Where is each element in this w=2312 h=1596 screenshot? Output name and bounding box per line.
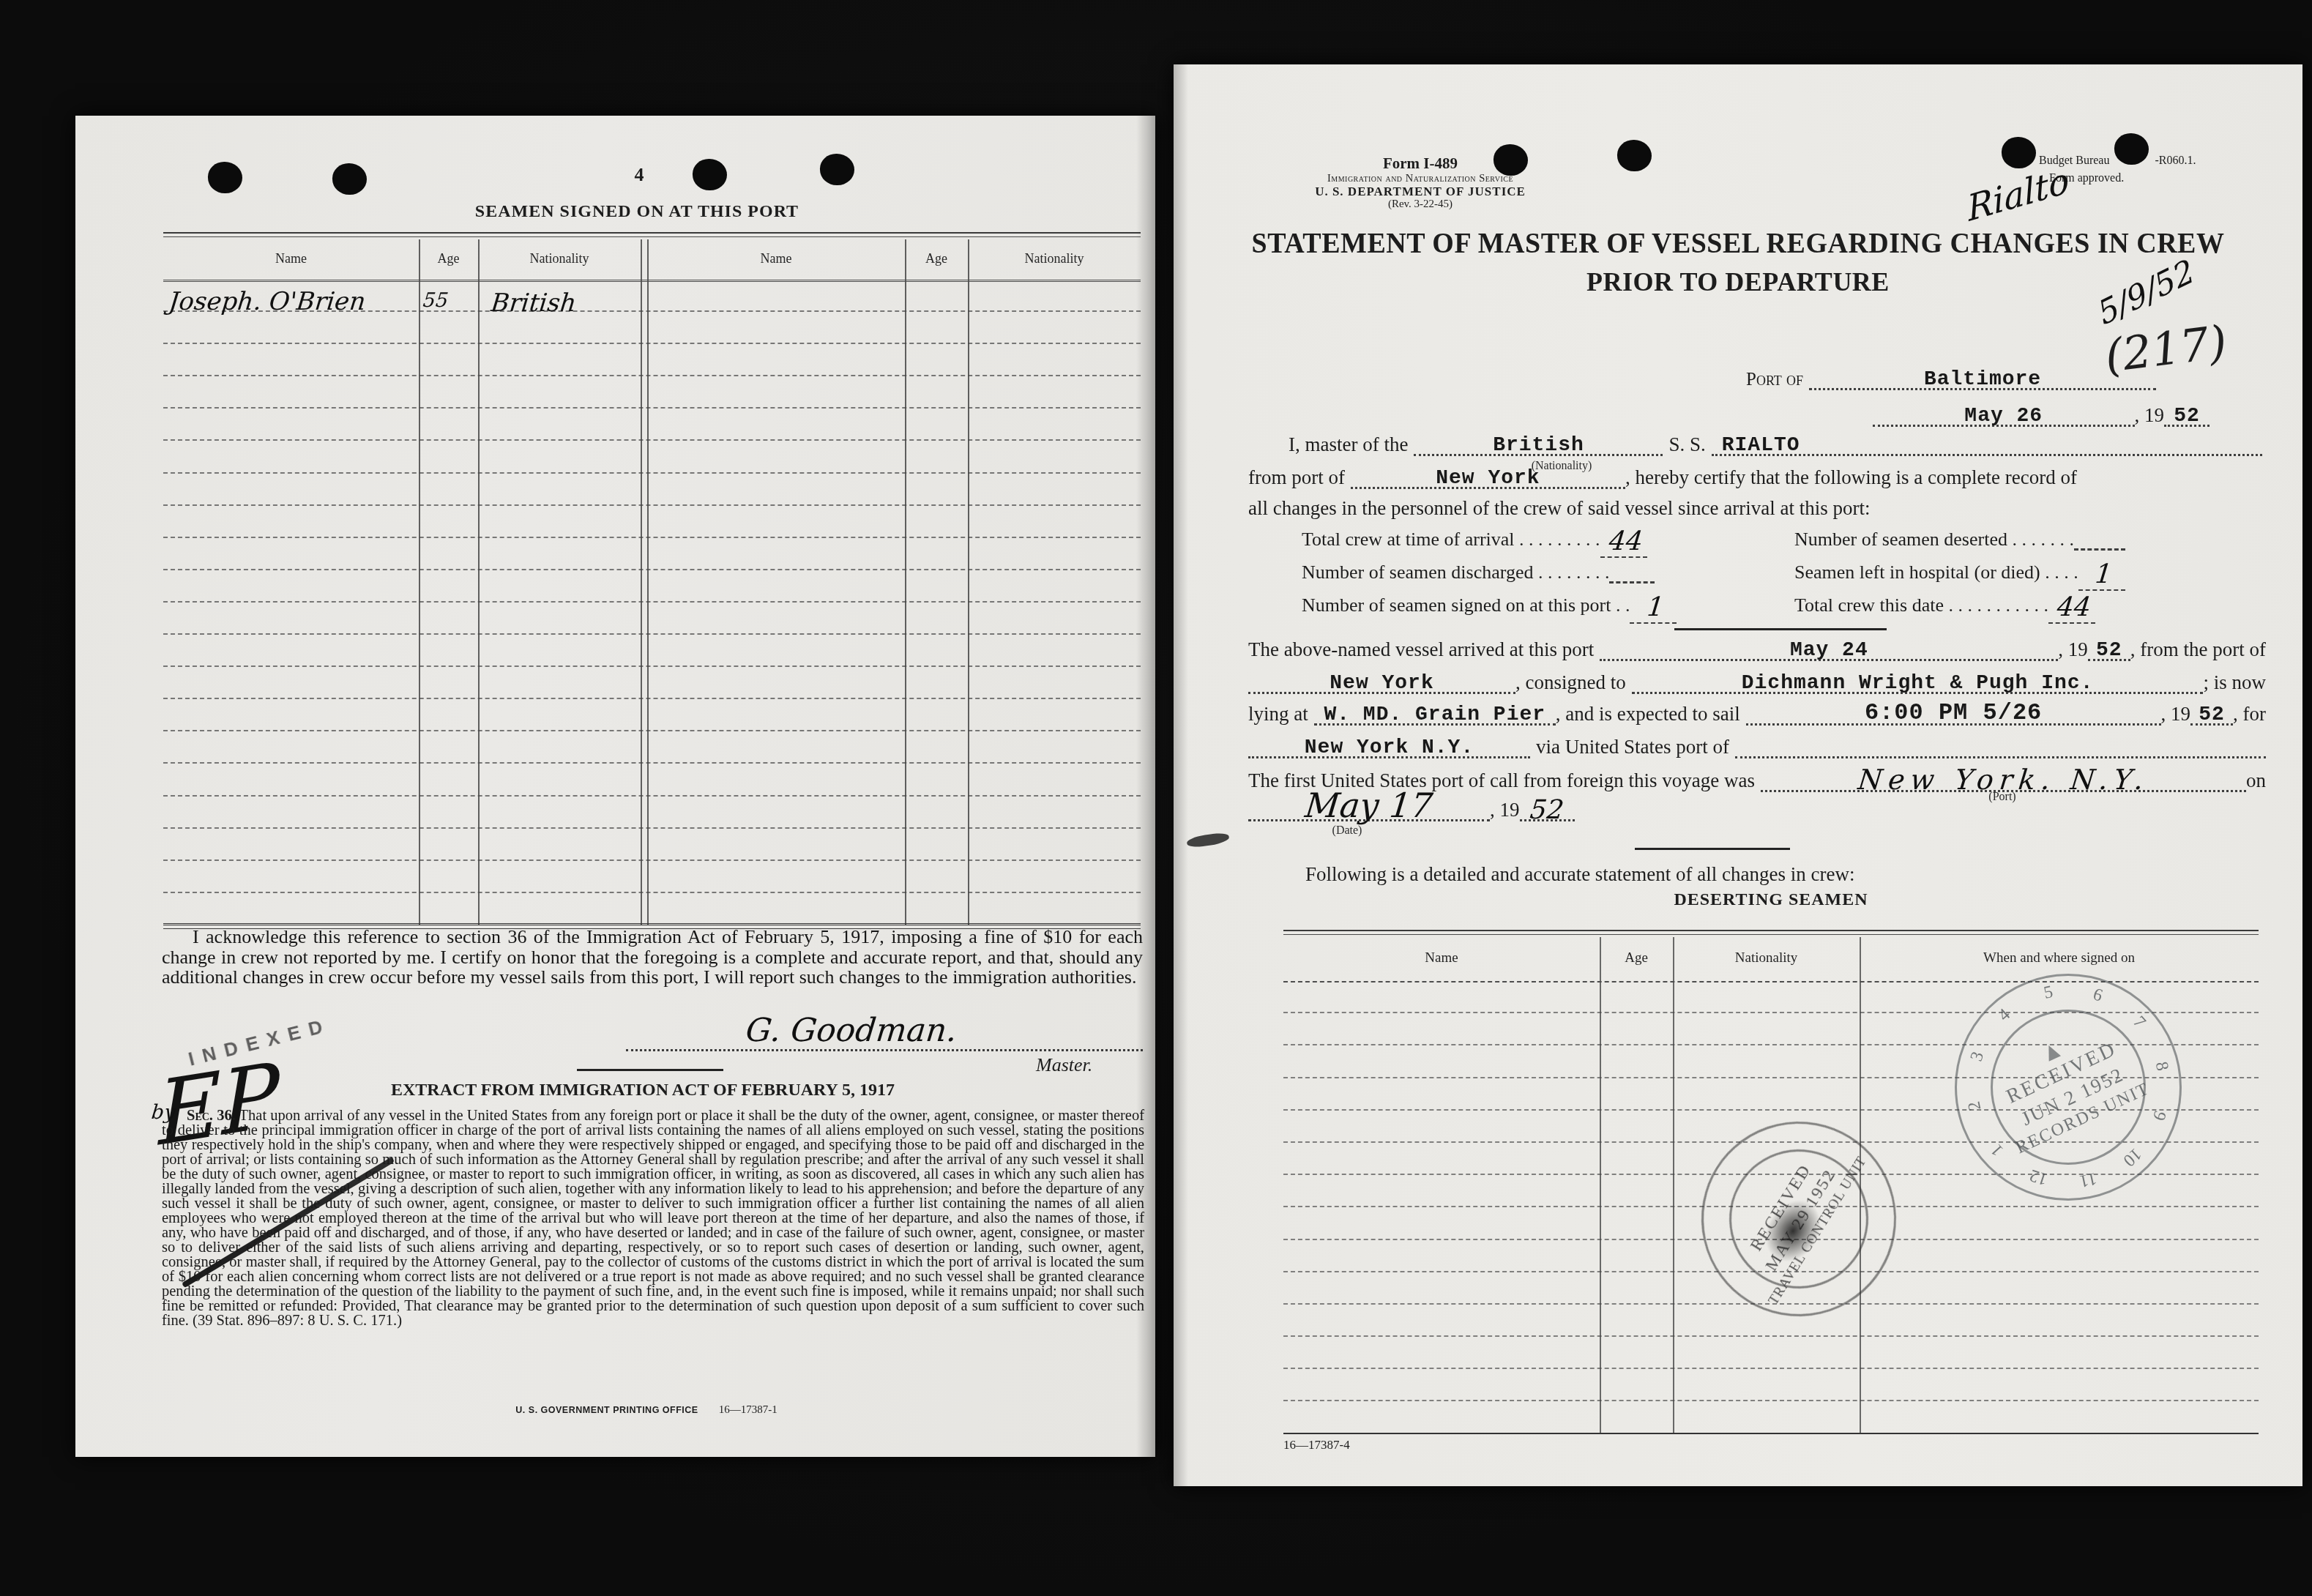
column-header-signed-on: When and where signed on	[1860, 950, 2259, 966]
master-label: Master.	[1036, 1054, 1092, 1076]
seamen-signed-on-table: Name Age Nationality Name Age Nationalit…	[163, 232, 1141, 925]
column-header-nationality: Nationality	[968, 251, 1141, 266]
form-approved-label: Form approved.	[2049, 170, 2257, 187]
divider-rule	[1635, 848, 1790, 850]
port-of-value: Baltimore	[1924, 368, 2041, 391]
total-crew-arrival-label: Total crew at time of arrival . . . . . …	[1302, 529, 1600, 550]
table-header: Name Age Nationality Name Age Nationalit…	[163, 234, 1141, 282]
column-header-age: Age	[419, 251, 478, 266]
table-row	[163, 797, 1141, 829]
table-row	[163, 506, 1141, 538]
master-signature: G. Goodman.	[630, 1012, 1073, 1049]
via-port-field	[1735, 756, 2266, 758]
consigned-line: New York , consigned to Dichmann Wright …	[1248, 669, 2266, 694]
date-value: May 26	[1964, 405, 2043, 428]
table-row	[163, 409, 1141, 441]
section-36-paragraph: Sec. 36. That upon arrival of any vessel…	[162, 1108, 1144, 1328]
foreign-year-value: 52	[1529, 795, 1565, 825]
sail-time-value: 6:00 PM 5/26	[1865, 699, 2042, 726]
seamen-hospital: Seamen left in hospital (or died) . . . …	[1794, 559, 2125, 591]
following-statement: Following is a detailed and accurate sta…	[1305, 863, 1854, 886]
total-crew-date-value: 44	[2056, 592, 2092, 622]
left-page-title: SEAMEN SIGNED ON AT THIS PORT	[354, 202, 920, 222]
table-row	[163, 893, 1141, 925]
table-row	[163, 635, 1141, 667]
signature-line	[626, 1049, 1143, 1051]
table-row	[163, 861, 1141, 893]
punch-hole	[332, 163, 367, 195]
seamen-deserted-label: Number of seamen deserted . . . . . . .	[1794, 529, 2074, 550]
section-rule	[577, 1069, 723, 1071]
foreign-year-field: 52	[1520, 795, 1575, 821]
table-body: Joseph. O'Brien 55 British	[163, 280, 1141, 925]
sail-year-value: 52	[2199, 704, 2225, 726]
seamen-hospital-label: Seamen left in hospital (or died) . . . …	[1794, 562, 2078, 583]
table-row	[163, 441, 1141, 473]
date-caption: (Date)	[1274, 824, 1420, 838]
table-row	[163, 474, 1141, 506]
seamen-signed-on: Number of seamen signed on at this port …	[1302, 592, 1677, 624]
sail-year-field: 52	[2190, 704, 2233, 726]
consigned-label: , consigned to	[1515, 671, 1626, 694]
sail-time-field: 6:00 PM 5/26	[1746, 699, 2161, 726]
table-row	[1283, 1369, 2259, 1401]
budget-number: -R060.1.	[2155, 154, 2196, 167]
master-pre-label: I, master of the	[1289, 433, 1408, 456]
punch-hole	[1617, 140, 1652, 171]
column-header-nationality: Nationality	[1673, 950, 1860, 966]
table-row	[163, 603, 1141, 635]
department-name: U. S. DEPARTMENT OF JUSTICE	[1299, 184, 1541, 198]
form-title-line2: PRIOR TO DEPARTURE	[1247, 266, 2229, 297]
from-port-field: New York	[1351, 467, 1625, 489]
arrived-label: The above-named vessel arrived at this p…	[1248, 638, 1594, 661]
form-code: 16—17387-1	[719, 1404, 777, 1416]
from-port-label: from port of	[1248, 466, 1345, 489]
year-field: 52	[2164, 405, 2210, 427]
table-row	[163, 731, 1141, 764]
seamen-discharged-label: Number of seamen discharged . . . . . . …	[1302, 562, 1609, 583]
is-now-label: ; is now	[2203, 671, 2266, 694]
arrived-date-field: May 24	[1600, 639, 2058, 661]
port-of-field: Baltimore	[1809, 368, 2156, 390]
total-crew-date: Total crew this date . . . . . . . . . .…	[1794, 592, 2095, 624]
entry-age: 55	[422, 289, 450, 312]
from-port-line: from port of New York , hereby certify t…	[1248, 464, 2266, 489]
pre19-label: , 19	[2058, 638, 2088, 661]
acknowledgment-paragraph: I acknowledge this reference to section …	[162, 927, 1143, 988]
certify-text: , hereby certify that the following is a…	[1625, 466, 2077, 489]
table-row	[163, 667, 1141, 699]
deserting-seamen-heading: DESERTING SEAMEN	[1283, 890, 2259, 910]
printing-office: U. S. GOVERNMENT PRINTING OFFICE	[515, 1405, 698, 1415]
foreign-date-field: May 17	[1248, 786, 1490, 821]
seamen-signed-on-value: 1	[1646, 592, 1666, 622]
lying-line: lying at W. MD. Grain Pier , and is expe…	[1248, 701, 2266, 726]
consignee-value: Dichmann Wright & Pugh Inc.	[1742, 672, 2094, 695]
column-header-name: Name	[1283, 950, 1600, 966]
extract-heading: EXTRACT FROM IMMIGRATION ACT OF FEBRUARY…	[295, 1081, 991, 1100]
consigned-port-field: New York	[1248, 672, 1515, 694]
seamen-discharged-blank	[1609, 559, 1655, 583]
column-header-name: Name	[163, 251, 419, 266]
table-row	[163, 312, 1141, 344]
foreign-date-line: May 17 , 19 52	[1248, 797, 1658, 821]
punch-hole	[820, 154, 854, 185]
port-caption: (Port)	[1929, 791, 2076, 804]
pre19-label: , 19	[2135, 404, 2165, 427]
total-crew-arrival-value: 44	[1607, 526, 1644, 556]
year-value: 52	[2174, 405, 2200, 428]
nationality-field: British	[1414, 434, 1663, 456]
consignee-field: Dichmann Wright & Pugh Inc.	[1632, 672, 2204, 694]
table-row	[163, 699, 1141, 731]
consigned-port-value: New York	[1330, 672, 1433, 695]
form-code: 16—17387-4	[1283, 1438, 1350, 1453]
first-port-field: New York. N.Y.	[1761, 764, 2246, 792]
table-row	[163, 538, 1141, 570]
table-row	[163, 764, 1141, 796]
punch-hole	[1494, 144, 1528, 176]
pre19-label: , 19	[1490, 799, 1520, 821]
arrived-line: The above-named vessel arrived at this p…	[1248, 636, 2266, 661]
punch-hole	[2114, 133, 2149, 165]
seamen-deserted: Number of seamen deserted . . . . . . .	[1794, 526, 2125, 551]
via-label: via United States port of	[1536, 736, 1729, 758]
table-row	[1283, 1337, 2259, 1369]
records-unit-received-stamp: 1 2 3 4 5 6 7 8 9 10 11 12 RECEIVED JUN …	[1955, 974, 2182, 1201]
lying-label: lying at	[1248, 703, 1308, 726]
foreign-date-value: May 17	[1303, 786, 1434, 825]
punch-hole	[208, 162, 242, 193]
vessel-field: RIALTO	[1712, 434, 2262, 456]
punch-hole	[2002, 137, 2036, 168]
section-36-text: That upon arrival of any vessel in the U…	[162, 1108, 1144, 1329]
divider-rule	[1674, 628, 1887, 630]
from-port-value: New York	[1436, 467, 1540, 490]
seamen-discharged: Number of seamen discharged . . . . . . …	[1302, 559, 1655, 583]
total-crew-date-label: Total crew this date . . . . . . . . . .…	[1794, 594, 2048, 616]
section-36-label: Sec. 36.	[187, 1108, 236, 1124]
destination-line: New York N.Y. via United States port of	[1248, 734, 2266, 758]
seamen-signed-on-label: Number of seamen signed on at this port …	[1302, 594, 1630, 616]
expected-sail-label: , and is expected to sail	[1556, 703, 1740, 726]
revision-date: (Rev. 3-22-45)	[1299, 198, 1541, 211]
table-row	[163, 570, 1141, 603]
berth-field: W. MD. Grain Pier	[1314, 704, 1556, 726]
column-header-name: Name	[647, 251, 905, 266]
form-title-line1: STATEMENT OF MASTER OF VESSEL REGARDING …	[1247, 226, 2229, 260]
column-header-nationality: Nationality	[478, 251, 641, 266]
column-header-age: Age	[905, 251, 968, 266]
pre19-label: , 19	[2161, 703, 2191, 726]
destination-field: New York N.Y.	[1248, 737, 1530, 758]
nationality-value: British	[1493, 434, 1584, 457]
master-line: I, master of the British S. S. RIALTO	[1289, 431, 2262, 456]
table-row	[163, 344, 1141, 376]
berth-value: W. MD. Grain Pier	[1324, 704, 1545, 726]
table-row	[163, 829, 1141, 861]
on-label: on	[2246, 769, 2266, 792]
left-page: 4 SEAMEN SIGNED ON AT THIS PORT Name Age…	[75, 116, 1155, 1457]
date-line: May 26 , 19 52	[1873, 402, 2210, 427]
column-header-age: Age	[1600, 950, 1673, 966]
for-label: , for	[2233, 703, 2266, 726]
seamen-hospital-value: 1	[2094, 559, 2114, 589]
seamen-deserted-blank	[2074, 526, 2125, 551]
port-of-line: Port of Baltimore	[1746, 365, 2156, 390]
date-field: May 26	[1873, 405, 2135, 427]
table-row	[163, 376, 1141, 409]
table-row	[1283, 1401, 2259, 1433]
table-row-entry: Joseph. O'Brien 55 British	[163, 280, 1141, 312]
port-of-label: Port of	[1746, 370, 1803, 390]
ss-label: S. S.	[1668, 433, 1705, 456]
destination-value: New York N.Y.	[1305, 737, 1474, 759]
total-crew-arrival: Total crew at time of arrival . . . . . …	[1302, 526, 1647, 558]
stamp-arrow-icon	[2043, 1043, 2061, 1062]
stamp-received-label: RECEIVED	[1745, 1160, 1817, 1256]
arrived-date-value: May 24	[1790, 639, 1868, 662]
ink-smudge	[1186, 832, 1230, 849]
right-page: Form I-489 Immigration and Naturalizatio…	[1174, 64, 2302, 1486]
arrived-year-field: 52	[2088, 639, 2130, 661]
vessel-value: RIALTO	[1722, 434, 1800, 457]
scanned-document: 4 SEAMEN SIGNED ON AT THIS PORT Name Age…	[0, 0, 2312, 1596]
arrived-year-value: 52	[2096, 639, 2122, 662]
printer-imprint: U. S. GOVERNMENT PRINTING OFFICE16—17387…	[390, 1404, 903, 1417]
punch-hole	[693, 159, 727, 190]
arrived-post-label: , from the port of	[2130, 638, 2266, 661]
page-number: 4	[617, 164, 661, 186]
all-changes-text: all changes in the personnel of the crew…	[1248, 497, 1870, 520]
